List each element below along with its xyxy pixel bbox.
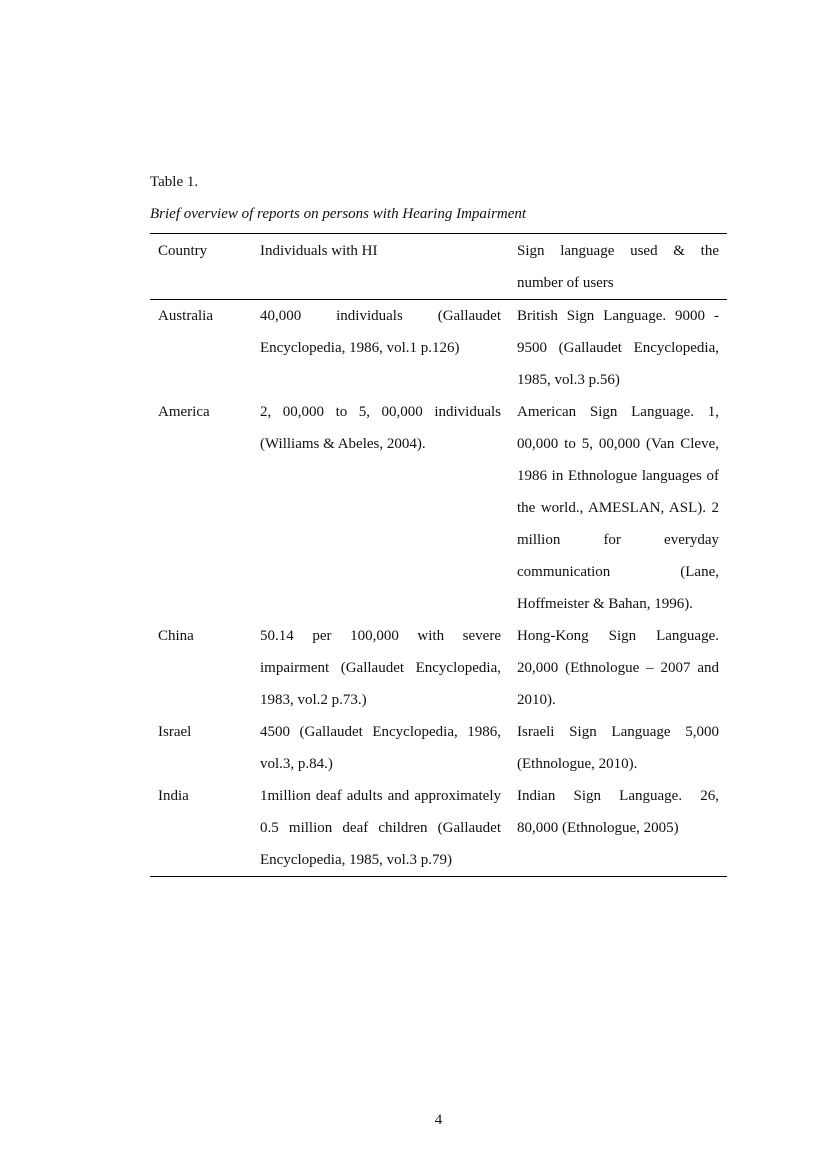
cell-country: India xyxy=(150,780,252,877)
cell-country: Israel xyxy=(150,716,252,780)
table-row: America 2, 00,000 to 5, 00,000 individua… xyxy=(150,396,727,620)
header-country: Country xyxy=(150,234,252,300)
cell-sign-language: Hong-Kong Sign Language. 20,000 (Ethnolo… xyxy=(509,620,727,716)
table-header-row: Country Individuals with HI Sign languag… xyxy=(150,234,727,300)
table-row: India 1million deaf adults and approxima… xyxy=(150,780,727,877)
page-number: 4 xyxy=(0,1110,827,1130)
cell-individuals: 40,000 individuals (Gallaudet Encycloped… xyxy=(252,300,509,397)
header-sign-language: Sign language used & the number of users xyxy=(509,234,727,300)
cell-country: America xyxy=(150,396,252,620)
cell-sign-language: Indian Sign Language. 26, 80,000 (Ethnol… xyxy=(509,780,727,877)
cell-individuals: 4500 (Gallaudet Encyclopedia, 1986, vol.… xyxy=(252,716,509,780)
table-row: China 50.14 per 100,000 with severe impa… xyxy=(150,620,727,716)
document-page: Table 1. Brief overview of reports on pe… xyxy=(0,0,827,1170)
table-row: Israel 4500 (Gallaudet Encyclopedia, 198… xyxy=(150,716,727,780)
cell-individuals: 50.14 per 100,000 with severe impairment… xyxy=(252,620,509,716)
header-individuals: Individuals with HI xyxy=(252,234,509,300)
cell-sign-language: American Sign Language. 1, 00,000 to 5, … xyxy=(509,396,727,620)
cell-sign-language: Israeli Sign Language 5,000 (Ethnologue,… xyxy=(509,716,727,780)
table-row: Australia 40,000 individuals (Gallaudet … xyxy=(150,300,727,397)
cell-sign-language: British Sign Language. 9000 - 9500 (Gall… xyxy=(509,300,727,397)
table-label: Table 1. xyxy=(150,172,198,192)
cell-individuals: 1million deaf adults and approximately 0… xyxy=(252,780,509,877)
table-caption: Brief overview of reports on persons wit… xyxy=(150,204,526,224)
cell-individuals: 2, 00,000 to 5, 00,000 individuals (Will… xyxy=(252,396,509,620)
cell-country: Australia xyxy=(150,300,252,397)
hearing-impairment-table: Country Individuals with HI Sign languag… xyxy=(150,233,727,877)
cell-country: China xyxy=(150,620,252,716)
